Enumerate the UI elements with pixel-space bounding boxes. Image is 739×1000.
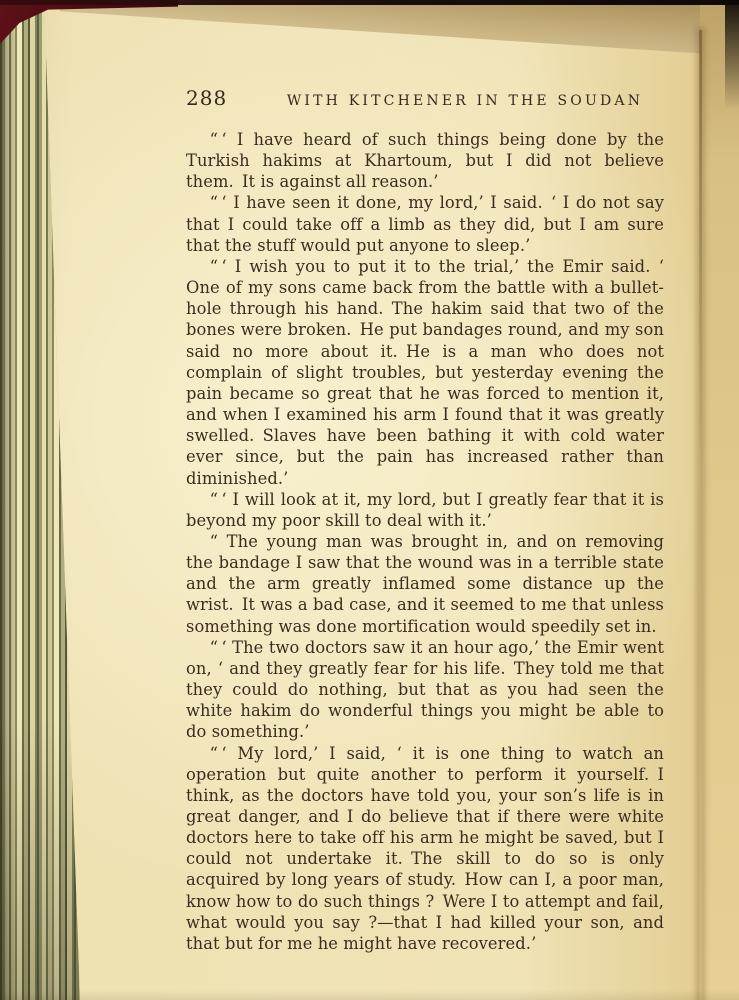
running-title: WITH KITCHENER IN THE SOUDAN xyxy=(272,93,664,109)
running-head: 288 WITH KITCHENER IN THE SOUDAN xyxy=(186,86,664,110)
body-paragraph: “ ‘ I will look at it, my lord, but I gr… xyxy=(186,489,664,531)
body-paragraph: “ ‘ The two doctors saw it an hour ago,’… xyxy=(186,637,664,743)
gutter-crease-shadow xyxy=(699,30,702,1000)
body-paragraph: “ ‘ I wish you to put it to the trial,’ … xyxy=(186,256,664,489)
body-paragraph: “ ‘ I have heard of such things being do… xyxy=(186,129,664,192)
page-number: 288 xyxy=(186,86,272,110)
body-paragraph: “ ‘ My lord,’ I said, ‘ it is one thing … xyxy=(186,743,664,955)
page-content: 288 WITH KITCHENER IN THE SOUDAN “ ‘ I h… xyxy=(186,86,664,954)
page-gutter xyxy=(700,0,739,1000)
photo-bottom-shade xyxy=(0,990,739,1000)
page-text: “ ‘ I have heard of such things being do… xyxy=(186,129,664,954)
gutter-corner-shadow xyxy=(725,0,739,110)
book-photo: 288 WITH KITCHENER IN THE SOUDAN “ ‘ I h… xyxy=(0,0,739,1000)
photo-top-edge xyxy=(0,0,739,5)
body-paragraph: “ The young man was brought in, and on r… xyxy=(186,531,664,637)
body-paragraph: “ ‘ I have seen it done, my lord,’ I sai… xyxy=(186,192,664,255)
